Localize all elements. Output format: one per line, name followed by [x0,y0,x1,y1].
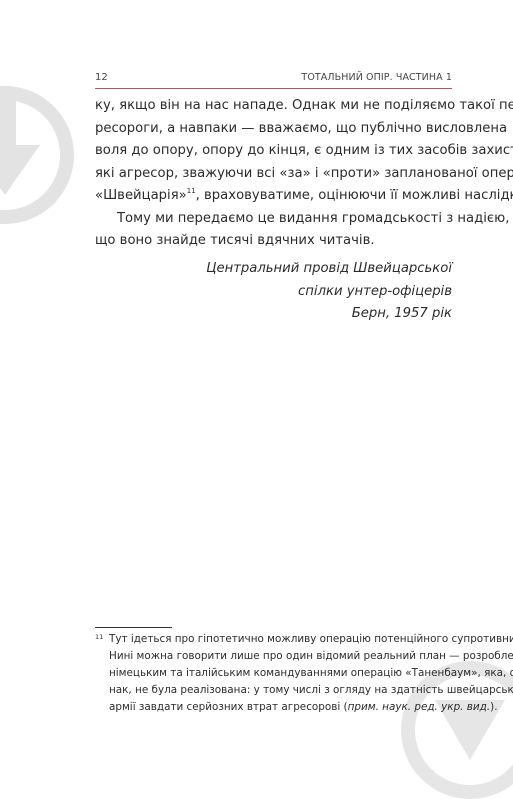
running-header: 12 ТОТАЛЬНИЙ ОПІР. ЧАСТИНА 1 [95,72,452,88]
body-line: що воно знайде тисячі вдячних читачів. [95,230,452,253]
signature-block: Центральний провід Швейцарської спілки у… [95,258,452,326]
body-line: ку, якщо він на нас нападе. Однак ми не … [95,95,452,118]
running-title: ТОТАЛЬНИЙ ОПІР. ЧАСТИНА 1 [301,72,452,83]
body-line: які агресор, зважуючи всі «за» і «проти»… [95,163,452,186]
footnote-line: Тут ідеться про гіпотетично можливу опер… [109,631,452,648]
download-watermark-icon [0,80,80,230]
footnote-number: 11 [95,633,103,641]
body-line: «Швейцарія»11, враховуватиме, оцінюючи ї… [95,185,452,208]
header-rule [95,88,452,89]
footnote: 11 Тут ідеться про гіпотетично можливу о… [95,631,452,716]
signature-line: спілки унтер-офіцерів [95,281,452,304]
footnote-line: Нині можна говорити лише про один відоми… [109,648,452,665]
footnote-line: нак, не була реалізована: у тому числі з… [109,682,452,699]
footnote-line: армії завдати серйозних втрат агресорові… [109,699,452,716]
footnote-reference[interactable]: 11 [187,187,196,195]
footnote-line: німецьким та італійським командуваннями … [109,665,452,682]
body-line: воля до опору, опору до кінця, є одним і… [95,140,452,163]
signature-line: Берн, 1957 рік [95,303,452,326]
body-line: Тому ми передаємо це видання громадськос… [95,208,452,231]
editor-note: прим. наук. ред. укр. вид. [348,701,491,713]
page-number: 12 [95,72,108,83]
body-text: ку, якщо він на нас нападе. Однак ми не … [95,95,452,253]
body-line: ресороги, а навпаки — вважаємо, що публі… [95,118,452,141]
signature-line: Центральний провід Швейцарської [95,258,452,281]
footnote-rule [95,627,172,628]
